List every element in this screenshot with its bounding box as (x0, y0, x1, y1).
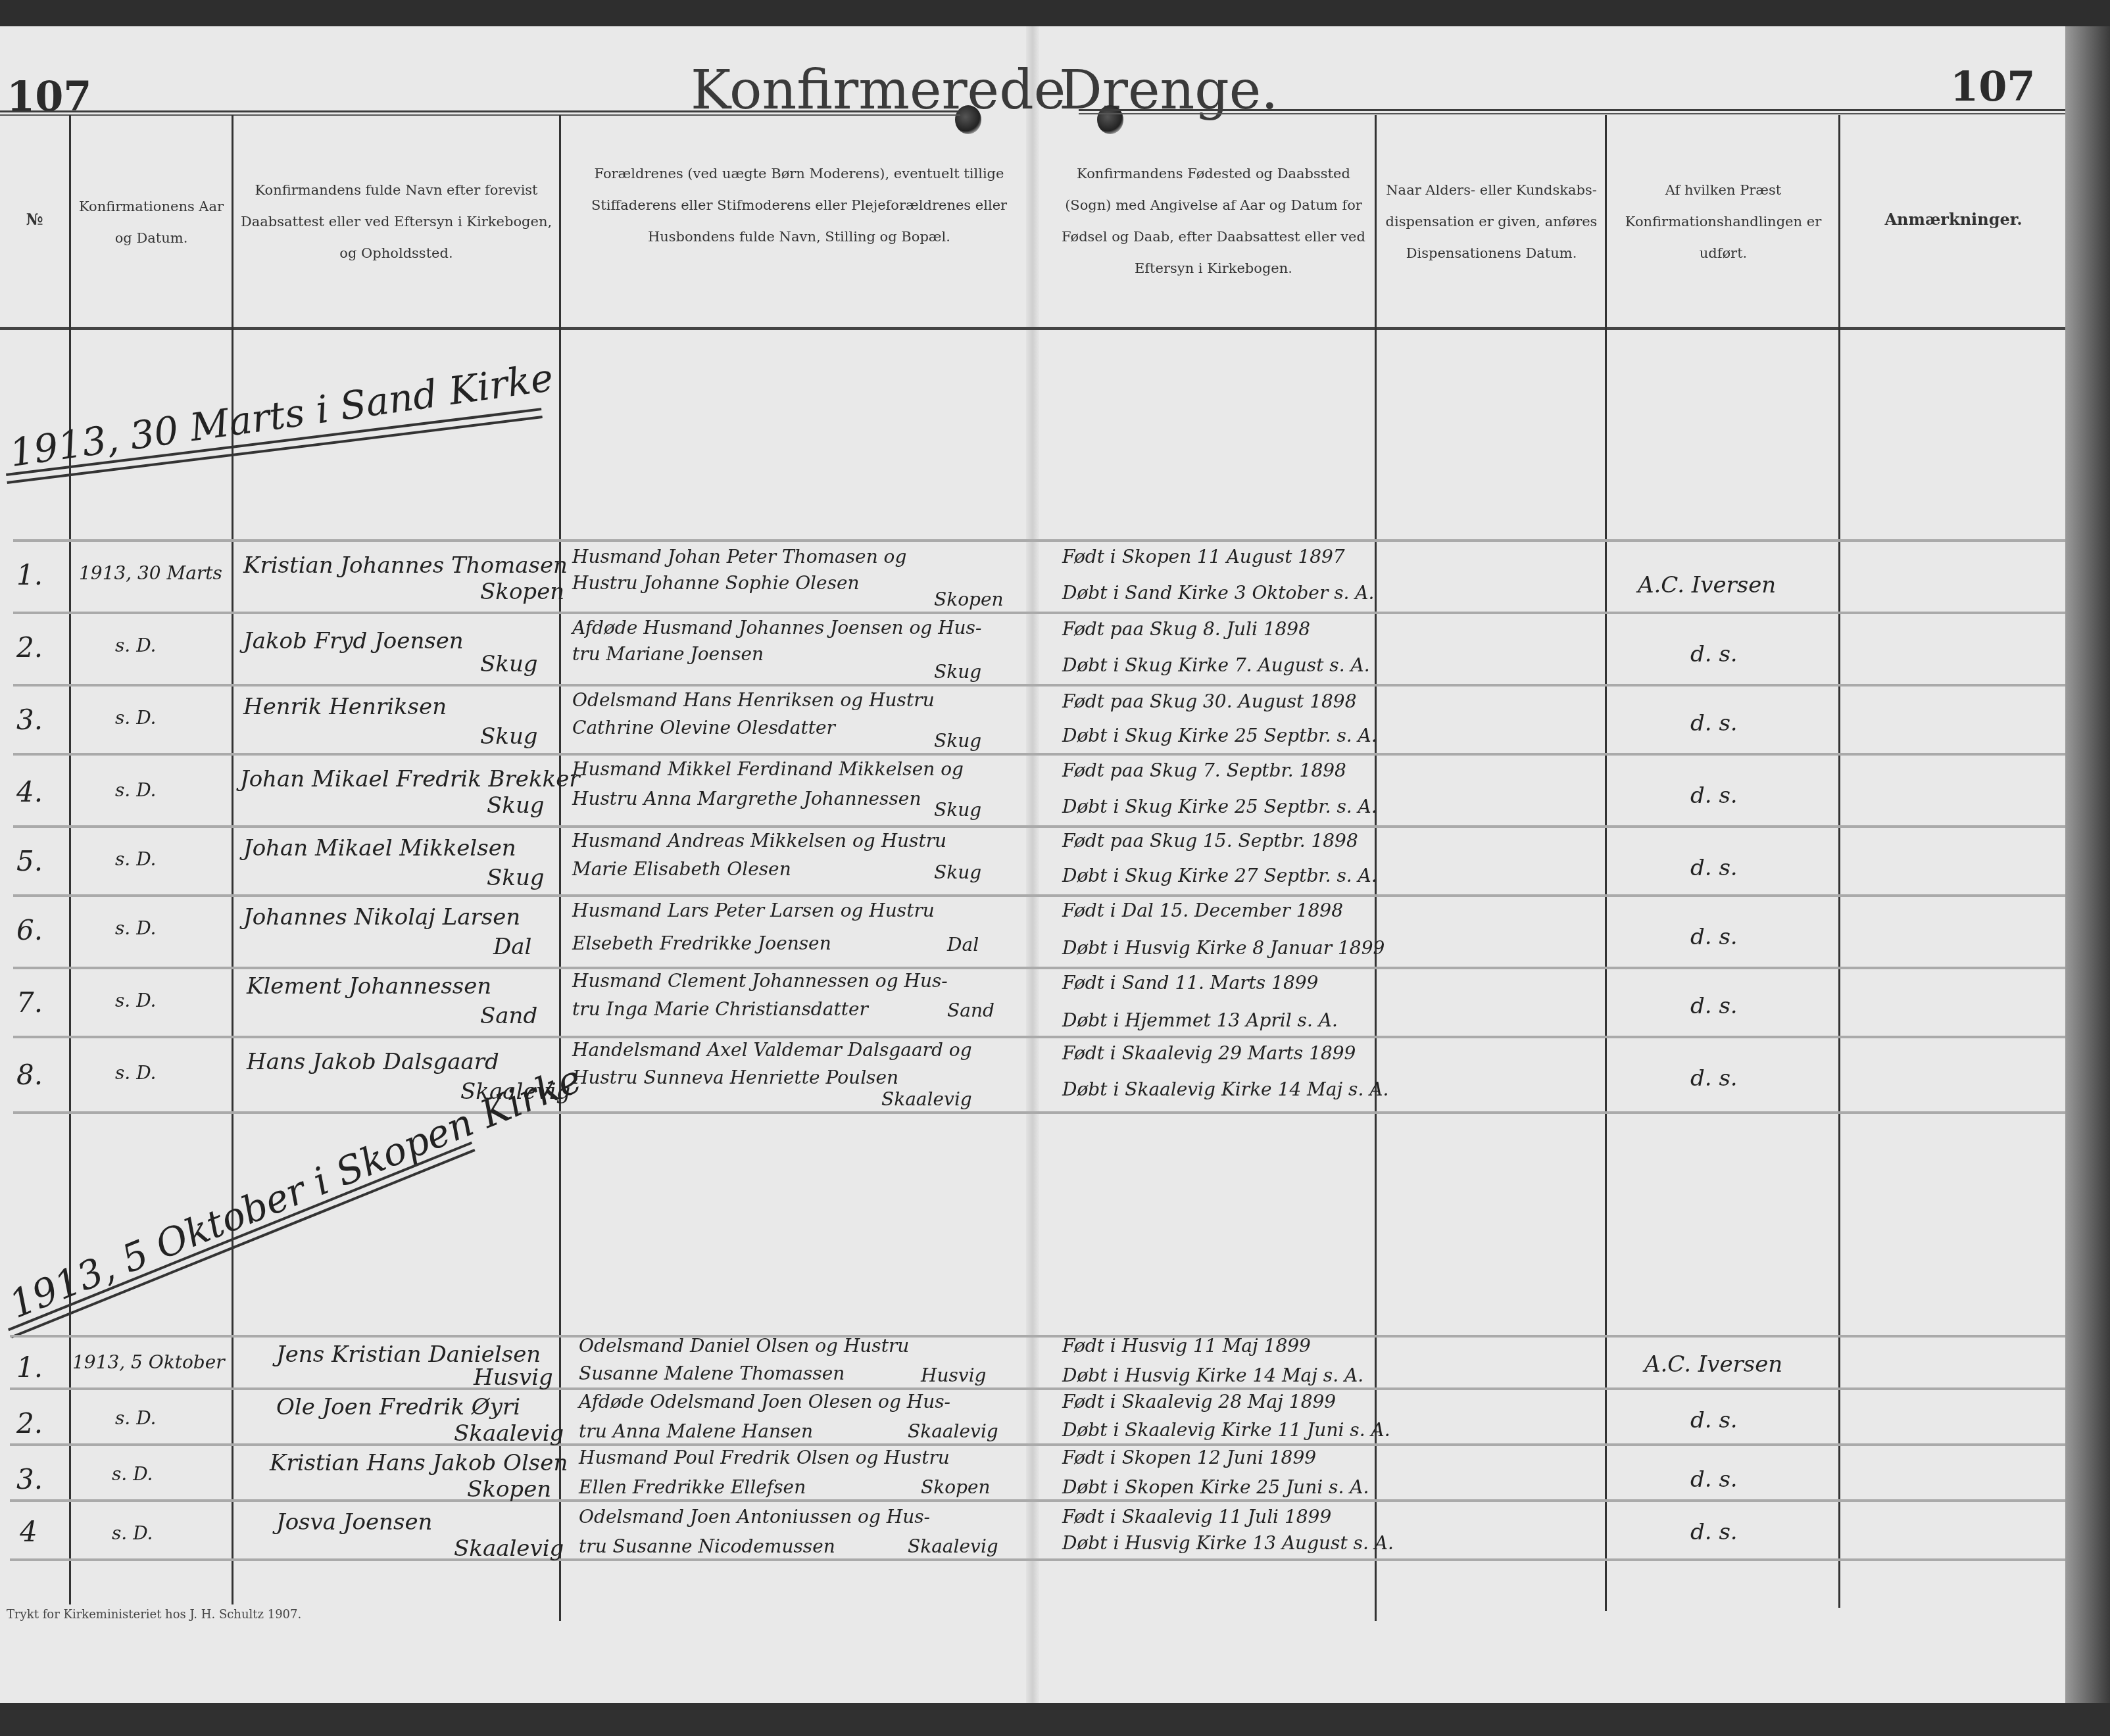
row-rule (10, 1335, 2065, 1338)
entry-name: Henrik Henriksen (243, 694, 447, 720)
page-edge-shadow (2065, 26, 2110, 1736)
entry-date: s. D. (115, 1407, 157, 1429)
entry-parents-line2: tru Anna Malene Hansen (579, 1420, 813, 1442)
bottom-background (0, 1703, 2110, 1736)
entry-date: s. D. (115, 848, 157, 870)
entry-parents-residence: Skug (934, 730, 981, 752)
entry-priest: d. s. (1690, 1519, 1738, 1545)
entry-date: s. D. (112, 1522, 153, 1544)
column-divider (232, 115, 233, 1604)
entry-priest: d. s. (1690, 1065, 1738, 1092)
entry-priest: d. s. (1690, 993, 1738, 1019)
col-header-name: Konfirmandens fulde Navn efter forevist … (240, 174, 552, 269)
row-rule (13, 967, 2065, 969)
entry-residence: Skaalevig (454, 1535, 564, 1562)
entry-baptized: Døbt i Husvig Kirke 8 Januar 1899 (1062, 937, 1385, 959)
entry-priest: d. s. (1690, 710, 1738, 736)
entry-baptized: Døbt i Hjemmet 13 April s. A. (1062, 1009, 1338, 1031)
entry-residence: Sand (480, 1003, 537, 1029)
entry-parents-residence: Skug (934, 861, 981, 883)
col-header-birthplace: Konfirmandens Fødested og Daabssted (Sog… (1059, 158, 1368, 284)
entry-number: 2. (16, 631, 43, 663)
entry-parents-line1: Husmand Lars Peter Larsen og Hustru (572, 900, 935, 921)
row-rule (13, 1036, 2065, 1038)
entry-date: s. D. (115, 917, 157, 939)
entry-parents-residence: Husvig (921, 1364, 987, 1386)
entry-born: Født i Skopen 11 August 1897 (1062, 546, 1345, 567)
entry-baptized: Døbt i Skug Kirke 7. August s. A. (1062, 654, 1370, 676)
entry-date: 1913, 30 Marts (79, 562, 222, 584)
entry-born: Født paa Skug 15. Septbr. 1898 (1062, 830, 1358, 852)
col-header-parents: Forældrenes (ved uægte Børn Moderens), e… (572, 158, 1026, 253)
row-rule (10, 1558, 2065, 1561)
entry-name: Jakob Fryd Joensen (243, 628, 464, 654)
entry-priest: d. s. (1690, 783, 1738, 809)
entry-parents-line2: Elsebeth Fredrikke Joensen (572, 932, 831, 954)
entry-baptized: Døbt i Skaalevig Kirke 14 Maj s. A. (1062, 1078, 1388, 1100)
entry-residence: Skug (487, 865, 545, 891)
row-rule (13, 753, 2065, 756)
entry-parents-line1: Husmand Andreas Mikkelsen og Hustru (572, 830, 946, 852)
col-header-number: № (3, 204, 66, 235)
entry-name: Hans Jakob Dalsgaard (247, 1049, 499, 1075)
entry-born: Født i Skaalevig 29 Marts 1899 (1062, 1042, 1356, 1064)
entry-parents-line2: Marie Elisabeth Olesen (572, 858, 791, 880)
entry-parents-line2: Hustru Anna Margrethe Johannessen (572, 788, 921, 809)
header-top-rule-right (1079, 109, 2065, 114)
entry-name: Johan Mikael Mikkelsen (243, 835, 516, 861)
entry-date: s. D. (112, 1463, 153, 1485)
entry-born: Født i Skaalevig 28 Maj 1899 (1062, 1391, 1336, 1412)
entry-parents-residence: Skopen (921, 1476, 991, 1498)
column-divider (1605, 115, 1607, 1611)
entry-priest: d. s. (1690, 924, 1738, 950)
row-rule (10, 1443, 2065, 1446)
row-rule (13, 684, 2065, 687)
entry-parents-line2: tru Susanne Nicodemussen (579, 1535, 835, 1557)
entry-parents-line1: Husmand Mikkel Ferdinand Mikkelsen og (572, 758, 964, 780)
entry-parents-line2: Hustru Sunneva Henriette Poulsen (572, 1067, 898, 1088)
entry-number: 3. (16, 1463, 43, 1495)
entry-baptized: Døbt i Skopen Kirke 25 Juni s. A. (1062, 1476, 1369, 1498)
entry-parents-line2: tru Mariane Joensen (572, 643, 764, 665)
entry-number: 1. (16, 1351, 43, 1384)
entry-baptized: Døbt i Skug Kirke 27 Septbr. s. A. (1062, 865, 1377, 886)
row-rule (10, 1387, 2065, 1390)
entry-number: 8. (16, 1059, 43, 1091)
entry-parents-residence: Skaalevig (881, 1088, 972, 1110)
entry-parents-line1: Odelsmand Hans Henriksen og Hustru (572, 689, 935, 711)
entry-name: Ole Joen Fredrik Øyri (276, 1394, 520, 1420)
binding-hole-left-icon (955, 105, 981, 134)
column-divider (1838, 115, 1840, 1608)
entry-name: Johan Mikael Fredrik Brekker (240, 766, 580, 792)
entry-number: 4. (16, 776, 43, 808)
entry-name: Klement Johannessen (247, 973, 491, 1000)
entry-parents-residence: Skaalevig (908, 1420, 998, 1442)
entry-residence: Skug (487, 792, 545, 819)
entry-parents-line2: Cathrine Olevine Olesdatter (572, 717, 835, 738)
column-divider (69, 115, 71, 1604)
entry-born: Født i Skopen 12 Juni 1899 (1062, 1447, 1316, 1468)
entry-parents-residence: Dal (947, 934, 979, 955)
entry-priest: d. s. (1690, 641, 1738, 667)
entry-parents-residence: Skaalevig (908, 1535, 998, 1557)
printer-imprint: Trykt for Kirkeministeriet hos J. H. Sch… (7, 1608, 301, 1622)
entry-date: s. D. (115, 1062, 157, 1084)
entry-born: Født paa Skug 7. Septbr. 1898 (1062, 759, 1346, 781)
entry-priest: d. s. (1690, 1466, 1738, 1493)
entry-number: 2. (16, 1407, 43, 1439)
right-page-number: 107 (1950, 62, 2035, 110)
entry-number: 7. (16, 986, 43, 1019)
entry-baptized: Døbt i Husvig Kirke 13 August s. A. (1062, 1532, 1394, 1554)
row-rule (13, 1111, 2065, 1114)
row-rule (13, 894, 2065, 897)
entry-name: Johannes Nikolaj Larsen (243, 904, 520, 930)
entry-residence: Skopen (480, 579, 564, 605)
entry-parents-line1: Husmand Poul Fredrik Olsen og Hustru (579, 1447, 950, 1468)
entry-priest: A.C. Iversen (1644, 1351, 1782, 1378)
entry-residence: Skug (480, 651, 538, 677)
col-header-date: Konfirmationens Aar og Datum. (76, 191, 227, 254)
entry-parents-residence: Skopen (934, 589, 1004, 610)
entry-number: 3. (16, 704, 43, 736)
row-rule (13, 539, 2065, 542)
entry-priest: A.C. Iversen (1638, 572, 1776, 598)
entry-priest: d. s. (1690, 855, 1738, 881)
entry-name: Jens Kristian Danielsen (276, 1341, 541, 1368)
entry-parents-line1: Odelsmand Daniel Olsen og Hustru (579, 1335, 909, 1357)
entry-residence: Husvig (474, 1364, 553, 1391)
entry-parents-line2: Hustru Johanne Sophie Olesen (572, 572, 860, 594)
entry-number: 4 (20, 1516, 37, 1548)
entry-number: 1. (16, 559, 43, 591)
col-header-remarks: Anmærkninger. (1845, 204, 2062, 235)
entry-date: s. D. (115, 635, 157, 656)
entry-residence: Skopen (467, 1476, 551, 1503)
header-top-rule-left (0, 110, 960, 116)
entry-number: 5. (16, 845, 43, 877)
entry-baptized: Døbt i Husvig Kirke 14 Maj s. A. (1062, 1364, 1363, 1386)
entry-number: 6. (16, 914, 43, 946)
entry-parents-line2: Ellen Fredrikke Ellefsen (579, 1476, 806, 1498)
entry-baptized: Døbt i Sand Kirke 3 Oktober s. A. (1062, 582, 1374, 604)
entry-parents-residence: Skug (934, 661, 981, 683)
entry-born: Født i Skaalevig 11 Juli 1899 (1062, 1506, 1331, 1528)
entry-parents-line1: Afdøde Odelsmand Joen Olesen og Hus- (579, 1391, 950, 1412)
col-header-priest: Af hvilken Præst Konfirmationshandlingen… (1611, 174, 1835, 269)
entry-born: Født i Dal 15. December 1898 (1062, 900, 1343, 921)
entry-born: Født i Husvig 11 Maj 1899 (1062, 1335, 1311, 1357)
entry-baptized: Døbt i Skaalevig Kirke 11 Juni s. A. (1062, 1419, 1390, 1441)
column-divider (559, 115, 561, 1621)
header-bottom-rule (0, 327, 2065, 330)
col-header-dispensation: Naar Alders- eller Kundskabs-dispensatio… (1381, 174, 1602, 269)
entry-born: Født i Sand 11. Marts 1899 (1062, 972, 1318, 994)
entry-parents-line1: Afdøde Husmand Johannes Joensen og Hus- (572, 617, 981, 639)
entry-date: s. D. (115, 707, 157, 729)
entry-parents-line1: Odelsmand Joen Antoniussen og Hus- (579, 1506, 930, 1528)
row-rule (10, 1499, 2065, 1502)
entry-residence: Skug (480, 723, 538, 750)
entry-name: Kristian Johannes Thomasen (243, 552, 568, 579)
entry-date: s. D. (115, 990, 157, 1011)
entry-parents-line1: Husmand Johan Peter Thomasen og (572, 546, 906, 567)
entry-name: Josva Joensen (276, 1509, 432, 1535)
row-rule (13, 612, 2065, 614)
book-gutter (1026, 26, 1039, 1710)
entry-parents-line2: tru Inga Marie Christiansdatter (572, 998, 868, 1020)
row-rule (13, 825, 2065, 828)
entry-date: 1913, 5 Oktober (72, 1351, 225, 1373)
entry-name: Kristian Hans Jakob Olsen (270, 1450, 568, 1476)
entry-date: s. D. (115, 779, 157, 801)
entry-born: Født paa Skug 30. August 1898 (1062, 690, 1356, 712)
entry-residence: Skaalevig (454, 1420, 564, 1447)
entry-baptized: Døbt i Skug Kirke 25 Septbr. s. A. (1062, 725, 1377, 746)
entry-parents-line2: Susanne Malene Thomassen (579, 1362, 845, 1384)
entry-priest: d. s. (1690, 1407, 1738, 1434)
entry-born: Født paa Skug 8. Juli 1898 (1062, 618, 1310, 640)
entry-baptized: Døbt i Skug Kirke 25 Septbr. s. A. (1062, 796, 1377, 817)
entry-parents-line1: Handelsmand Axel Valdemar Dalsgaard og (572, 1039, 972, 1061)
entry-residence: Dal (493, 934, 531, 960)
entry-parents-residence: Sand (947, 1000, 994, 1021)
entry-parents-residence: Skug (934, 799, 981, 821)
entry-parents-line1: Husmand Clement Johannessen og Hus- (572, 970, 948, 992)
